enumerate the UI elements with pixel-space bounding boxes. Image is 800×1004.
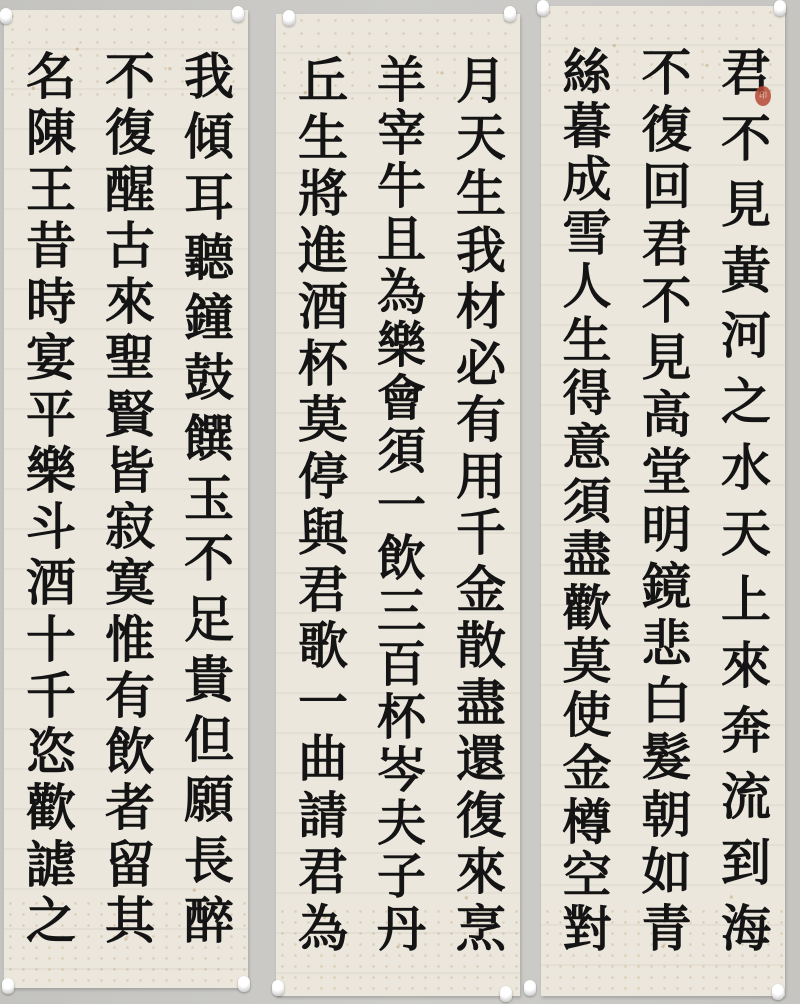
calligraphy-character: 聖	[101, 331, 151, 385]
calligraphy-character: 上	[717, 573, 767, 627]
calligraphy-character: 鐘	[180, 291, 230, 345]
calligraphy-character: 杯	[374, 691, 423, 744]
calligraphy-character: 奔	[717, 704, 767, 758]
calligraphy-character: 一	[374, 479, 423, 532]
calligraphy-character: 進	[294, 224, 344, 278]
calligraphy-character: 得	[559, 367, 608, 420]
calligraphy-character: 寞	[101, 556, 151, 610]
calligraphy-character: 生	[294, 111, 344, 165]
calligraphy-character: 飲	[374, 532, 423, 585]
calligraphy-character: 子	[374, 850, 423, 903]
calligraphy-character: 必	[452, 337, 502, 391]
calligraphy-character: 樂	[22, 444, 72, 498]
calligraphy-character: 時	[22, 275, 72, 329]
calligraphy-character: 明	[638, 503, 688, 557]
calligraphy-character: 散	[452, 619, 502, 673]
calligraphy-column: 不復回君不見高堂明鏡悲白髮朝如青	[638, 46, 688, 956]
pushpin	[504, 6, 516, 22]
calligraphy-character: 不	[638, 46, 688, 100]
calligraphy-character: 須	[559, 475, 608, 528]
calligraphy-character: 不	[638, 274, 688, 328]
pushpin	[0, 8, 12, 24]
calligraphy-character: 歡	[559, 582, 608, 635]
calligraphy-character: 飲	[101, 725, 151, 779]
calligraphy-character: 歡	[22, 781, 72, 835]
calligraphy-character: 如	[638, 845, 688, 899]
calligraphy-character: 水	[717, 441, 767, 495]
pushpin	[232, 6, 244, 22]
calligraphy-character: 會	[374, 372, 423, 425]
calligraphy-character: 歌	[294, 619, 344, 673]
calligraphy-character: 雪	[559, 207, 608, 260]
calligraphy-character: 材	[452, 280, 502, 334]
calligraphy-character: 為	[294, 902, 344, 956]
calligraphy-character: 惟	[101, 613, 151, 667]
calligraphy-character: 悲	[638, 617, 688, 671]
calligraphy-character: 有	[452, 393, 502, 447]
calligraphy-character: 金	[559, 742, 608, 795]
pushpin	[500, 986, 512, 1002]
calligraphy-character: 賢	[101, 388, 151, 442]
calligraphy-character: 其	[101, 894, 151, 948]
calligraphy-character: 一	[294, 676, 344, 730]
calligraphy-character: 暮	[559, 100, 608, 153]
calligraphy-character: 羊	[374, 54, 423, 107]
pushpin	[272, 980, 284, 996]
calligraphy-character: 到	[717, 836, 767, 890]
calligraphy-character: 丹	[374, 903, 423, 956]
calligraphy-character: 足	[180, 593, 230, 647]
calligraphy-character: 高	[638, 388, 688, 442]
calligraphy-character: 陳	[22, 106, 72, 160]
calligraphy-character: 莫	[559, 635, 608, 688]
calligraphy-character: 回	[638, 160, 688, 214]
calligraphy-character: 丘	[294, 54, 344, 108]
calligraphy-character: 須	[374, 425, 423, 478]
calligraphy-character: 昔	[22, 219, 72, 273]
calligraphy-character: 玉	[180, 472, 230, 526]
calligraphy-character: 願	[180, 773, 230, 827]
calligraphy-character: 為	[374, 266, 423, 319]
calligraphy-character: 百	[374, 638, 423, 691]
calligraphy-character: 來	[717, 639, 767, 693]
calligraphy-character: 見	[717, 178, 767, 232]
calligraphy-columns: 我傾耳聽鐘鼓饌玉不足貴但願長醉 不復醒古來聖賢皆寂寞惟有飲者留其 名陳王昔時宴平…	[22, 50, 230, 948]
pushpin	[283, 10, 295, 26]
calligraphy-character: 還	[452, 732, 502, 786]
calligraphy-character: 意	[559, 421, 608, 474]
calligraphy-character: 有	[101, 669, 151, 723]
calligraphy-character: 之	[717, 375, 767, 429]
calligraphy-character: 海	[717, 902, 767, 956]
calligraphy-character: 宰	[374, 107, 423, 160]
calligraphy-character: 留	[101, 838, 151, 892]
calligraphy-character: 請	[294, 789, 344, 843]
red-seal-stamp: 印	[755, 86, 771, 106]
calligraphy-character: 流	[717, 770, 767, 824]
calligraphy-character: 成	[559, 153, 608, 206]
calligraphy-character: 斗	[22, 500, 72, 554]
calligraphy-column: 羊宰牛且為樂會須一飲三百杯岑夫子丹	[374, 54, 423, 956]
calligraphy-character: 傾	[180, 110, 230, 164]
calligraphy-column: 君不見黃河之水天上來奔流到海	[717, 46, 767, 956]
calligraphy-character: 杯	[294, 337, 344, 391]
calligraphy-character: 皆	[101, 444, 151, 498]
calligraphy-character: 不	[717, 112, 767, 166]
pushpin	[537, 0, 549, 16]
calligraphy-columns: 月天生我材必有用千金散盡還復來烹 羊宰牛且為樂會須一飲三百杯岑夫子丹 丘生將進酒…	[294, 54, 502, 956]
calligraphy-character: 白	[638, 674, 688, 728]
calligraphy-character: 對	[559, 903, 608, 956]
calligraphy-character: 盡	[452, 676, 502, 730]
calligraphy-character: 來	[101, 275, 151, 329]
calligraphy-character: 平	[22, 388, 72, 442]
calligraphy-character: 醒	[101, 163, 151, 217]
calligraphy-character: 用	[452, 450, 502, 504]
calligraphy-character: 醉	[180, 894, 230, 948]
calligraphy-character: 千	[22, 669, 72, 723]
calligraphy-character: 但	[180, 713, 230, 767]
pushpin	[238, 976, 250, 992]
calligraphy-character: 曲	[294, 732, 344, 786]
calligraphy-character: 絲	[559, 46, 608, 99]
calligraphy-character: 牛	[374, 160, 423, 213]
pushpin	[774, 0, 786, 16]
calligraphy-character: 且	[374, 213, 423, 266]
calligraphy-character: 生	[559, 314, 608, 367]
calligraphy-character: 天	[452, 111, 502, 165]
calligraphy-character: 黃	[717, 244, 767, 298]
calligraphy-character: 停	[294, 450, 344, 504]
calligraphy-character: 復	[638, 103, 688, 157]
calligraphy-character: 我	[180, 50, 230, 104]
calligraphy-character: 髮	[638, 731, 688, 785]
calligraphy-character: 人	[559, 260, 608, 313]
calligraphy-character: 堂	[638, 445, 688, 499]
calligraphy-character: 來	[452, 845, 502, 899]
calligraphy-character: 烹	[452, 902, 502, 956]
calligraphy-character: 聽	[180, 231, 230, 285]
calligraphy-character: 之	[22, 894, 72, 948]
scroll-right: 君不見黃河之水天上來奔流到海 不復回君不見高堂明鏡悲白髮朝如青 絲暮成雪人生得意…	[541, 6, 785, 996]
calligraphy-character: 我	[452, 224, 502, 278]
calligraphy-column: 名陳王昔時宴平樂斗酒十千恣歡謔之	[22, 50, 72, 948]
calligraphy-column: 不復醒古來聖賢皆寂寞惟有飲者留其	[101, 50, 151, 948]
calligraphy-character: 河	[717, 309, 767, 363]
calligraphy-character: 盡	[559, 528, 608, 581]
calligraphy-character: 岑	[374, 744, 423, 797]
calligraphy-column: 絲暮成雪人生得意須盡歡莫使金樽空對	[559, 46, 608, 956]
calligraphy-column: 月天生我材必有用千金散盡還復來烹	[452, 54, 502, 956]
calligraphy-columns: 君不見黃河之水天上來奔流到海 不復回君不見高堂明鏡悲白髮朝如青 絲暮成雪人生得意…	[559, 46, 767, 956]
calligraphy-character: 酒	[294, 280, 344, 334]
calligraphy-character: 夫	[374, 797, 423, 850]
calligraphy-character: 寂	[101, 500, 151, 554]
scroll-middle: 月天生我材必有用千金散盡還復來烹 羊宰牛且為樂會須一飲三百杯岑夫子丹 丘生將進酒…	[276, 14, 520, 996]
calligraphy-character: 酒	[22, 556, 72, 610]
calligraphy-character: 耳	[180, 171, 230, 225]
calligraphy-column: 我傾耳聽鐘鼓饌玉不足貴但願長醉	[180, 50, 230, 948]
calligraphy-character: 與	[294, 506, 344, 560]
calligraphy-character: 鼓	[180, 351, 230, 405]
calligraphy-character: 者	[101, 781, 151, 835]
calligraphy-character: 復	[101, 106, 151, 160]
calligraphy-character: 謔	[22, 838, 72, 892]
calligraphy-character: 金	[452, 563, 502, 617]
calligraphy-character: 生	[452, 167, 502, 221]
calligraphy-column: 丘生將進酒杯莫停與君歌一曲請君為	[294, 54, 344, 956]
calligraphy-character: 恣	[22, 725, 72, 779]
calligraphy-character: 宴	[22, 331, 72, 385]
calligraphy-character: 君	[294, 563, 344, 617]
calligraphy-character: 十	[22, 613, 72, 667]
calligraphy-character: 見	[638, 331, 688, 385]
calligraphy-character: 名	[22, 50, 72, 104]
calligraphy-character: 饌	[180, 412, 230, 466]
calligraphy-character: 將	[294, 167, 344, 221]
calligraphy-character: 千	[452, 506, 502, 560]
calligraphy-character: 朝	[638, 788, 688, 842]
calligraphy-character: 樂	[374, 319, 423, 372]
pushpin	[2, 978, 14, 994]
calligraphy-character: 復	[452, 789, 502, 843]
calligraphy-character: 不	[180, 532, 230, 586]
calligraphy-character: 莫	[294, 393, 344, 447]
calligraphy-character: 古	[101, 219, 151, 273]
calligraphy-character: 長	[180, 834, 230, 888]
calligraphy-character: 樽	[559, 796, 608, 849]
calligraphy-character: 三	[374, 585, 423, 638]
calligraphy-character: 鏡	[638, 560, 688, 614]
scroll-left: 我傾耳聽鐘鼓饌玉不足貴但願長醉 不復醒古來聖賢皆寂寞惟有飲者留其 名陳王昔時宴平…	[4, 10, 248, 988]
calligraphy-character: 君	[638, 217, 688, 271]
calligraphy-character: 月	[452, 54, 502, 108]
pushpin	[772, 984, 784, 1000]
calligraphy-character: 貴	[180, 653, 230, 707]
calligraphy-character: 不	[101, 50, 151, 104]
calligraphy-character: 君	[294, 845, 344, 899]
calligraphy-character: 使	[559, 689, 608, 742]
calligraphy-character: 王	[22, 163, 72, 217]
calligraphy-character: 青	[638, 902, 688, 956]
pushpin	[524, 980, 536, 996]
calligraphy-character: 天	[717, 507, 767, 561]
calligraphy-character: 空	[559, 849, 608, 902]
